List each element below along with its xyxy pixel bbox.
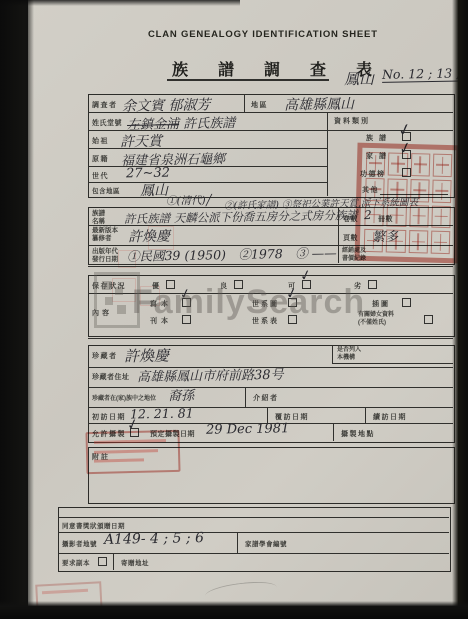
surname-value: 左鎮金浦 許氏族譜	[127, 112, 235, 133]
publication-date-value: ①民國39 (1950) ②1978 ③ ——	[127, 243, 337, 265]
compiler-value: 許煥慶	[128, 226, 170, 247]
award-date-label: 同意書獎狀頒贈日期	[62, 521, 125, 530]
region-value: 鳳山	[140, 180, 168, 200]
surname-label: 姓氏堂號	[92, 118, 122, 128]
condition-poor-checkbox	[368, 280, 377, 289]
owner-listed-note: 是否列入本機構	[337, 347, 387, 363]
followup-label: 續訪日期	[373, 412, 407, 422]
page-title-english: CLAN GENEALOGY IDENTIFICATION SHEET	[148, 29, 378, 40]
copy-request-label: 要求副本	[62, 558, 90, 567]
material-zupu-label: 族譜	[366, 133, 392, 143]
first-visit-value: 12. 21. 81	[130, 405, 194, 421]
content-illustrations-label: 插圖	[372, 299, 390, 309]
film-number-value: A149- 4 ; 5 ; 6	[104, 530, 204, 548]
compiler-label: 最新版本纂修者	[92, 227, 124, 244]
owner-position-label: 珍藏者在(家)族中之地位	[92, 393, 156, 402]
scan-edge-bottom	[0, 601, 468, 619]
scan-edge-left	[0, 0, 34, 619]
surname-rest-text: 許氏族譜	[179, 116, 235, 132]
owner-address-value: 高雄縣鳳山市府前路38号	[137, 364, 284, 386]
society-number-label: 家譜學會編號	[245, 539, 287, 548]
area-label: 地區	[251, 100, 268, 110]
area-value: 高雄縣鳳山	[284, 93, 354, 114]
scan-edge-top	[0, 0, 240, 6]
filming-date-value: 29 Dec 1981	[206, 421, 290, 437]
copy-request-checkbox	[98, 557, 107, 566]
genealogy-title-label: 族譜名稱	[92, 210, 107, 227]
handwritten-region-note: 鳳山	[344, 68, 374, 90]
content-women-info-label: 有關婦女資料(不僅姓氏)	[358, 312, 418, 328]
content-women-info-checkbox	[424, 315, 433, 324]
scanned-document-page: CLAN GENEALOGY IDENTIFICATION SHEET 族 譜 …	[0, 0, 468, 619]
first-visit-label: 初訪日期	[92, 412, 126, 422]
publication-date-label: 出版年代發行日期	[92, 248, 122, 265]
filming-location-label: 攝製地點	[341, 429, 375, 439]
region-label: 包含地區	[92, 186, 120, 195]
material-category-label: 資料類別	[334, 116, 370, 126]
owner-address-label: 珍藏者住址	[92, 372, 130, 382]
origin-label: 原籍	[92, 154, 109, 164]
introducer-label: 介紹者	[253, 393, 279, 403]
annotation-1: ①(清代)╱	[166, 193, 212, 209]
ancestor-label: 始祖	[92, 136, 109, 146]
investigator-label: 調查者	[92, 100, 118, 110]
scan-edge-right	[452, 0, 468, 619]
familysearch-watermark: FamilySearch	[132, 283, 365, 322]
owner-label: 珍藏者	[92, 351, 118, 361]
owner-name-value: 許煥慶	[124, 345, 169, 367]
ancestor-value: 許天賞	[120, 131, 162, 152]
generations-label: 世代	[92, 171, 109, 181]
owner-position-value: 裔孫	[168, 385, 194, 404]
send-address-label: 寄贈地址	[121, 558, 149, 567]
content-illustrations-checkbox	[402, 298, 411, 307]
film-number-label: 攝影者地號	[62, 539, 97, 548]
